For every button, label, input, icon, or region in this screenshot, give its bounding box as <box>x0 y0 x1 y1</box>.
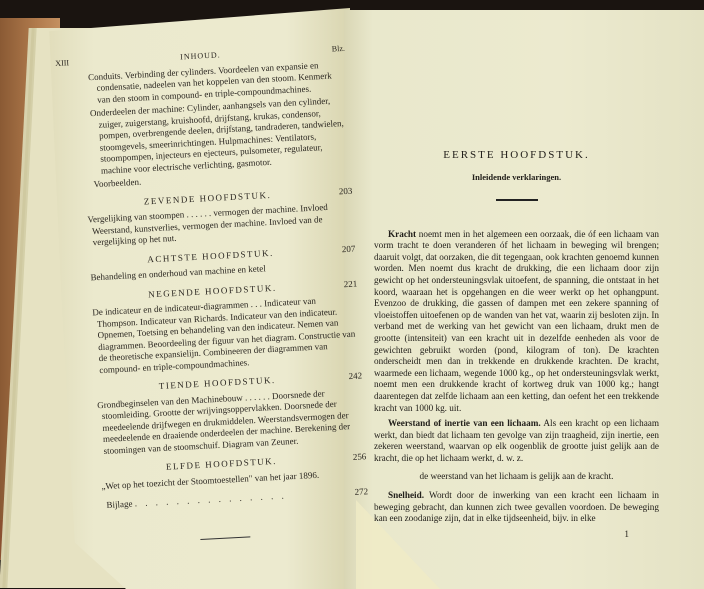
table-of-contents: XIII INHOUD. Blz. Conduits. Verbinding d… <box>55 43 370 546</box>
appendix-page: 272 <box>354 486 368 498</box>
page-number-roman: XIII <box>55 57 69 69</box>
toc-entry: Grondbeginselen van den Machinebouw . . … <box>73 386 366 459</box>
chapter-body: EERSTE HOOFDSTUK. Inleidende verklaringe… <box>374 150 659 545</box>
formula-line: de weerstand van het lichaam is gelijk a… <box>374 471 659 483</box>
chapter-page: 203 <box>339 185 353 197</box>
chapter-subtitle: Inleidende verklaringen. <box>374 172 659 184</box>
chapter-page: 207 <box>342 243 356 255</box>
chapter-page: 221 <box>343 278 357 290</box>
toc-continued-text: Onderdeelen der machine: Cylinder, aanha… <box>58 95 351 179</box>
paragraph: Weerstand of inertie van een lichaam. Al… <box>374 418 659 464</box>
leader-dots: . . . . . . . . . . . . . . . <box>134 490 287 508</box>
column-label: Blz. <box>331 43 345 55</box>
running-title: INHOUD. <box>180 49 221 63</box>
paragraph: Snelheid. Wordt door de inwerking van ee… <box>374 490 659 525</box>
paragraph: Kracht noemt men in het algemeen een oor… <box>374 229 659 415</box>
chapter-page: 256 <box>353 451 367 463</box>
title-rule <box>496 199 538 201</box>
open-book-photo: XIII INHOUD. Blz. Conduits. Verbinding d… <box>0 0 704 589</box>
toc-entry: De indicateur en de indicateur-diagramme… <box>68 293 361 377</box>
chapter-title: EERSTE HOOFDSTUK. <box>374 150 659 162</box>
page-number: 1 <box>374 529 659 541</box>
chapter-page: 242 <box>348 370 362 382</box>
